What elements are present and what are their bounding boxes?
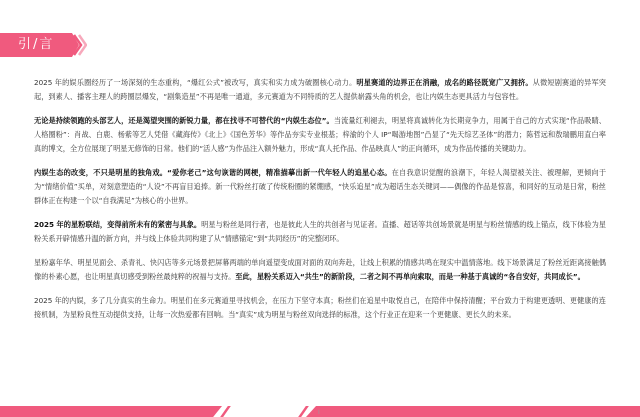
double-chevron-right-icon [73,33,87,57]
bold-text: 内娱生态的改变，不只是明星的独角戏。“爱你老己”这句诙谐的网梗，精准描摹出新一代… [34,168,392,177]
paragraph: 无论是持续领跑的头部艺人，还是渴望突围的新锐力量，都在找寻不可替代的“内娱生态位… [34,114,606,156]
bold-text: 无论是持续领跑的头部艺人，还是渴望突围的新锐力量，都在找寻不可替代的“内娱生态位… [34,116,334,125]
footer-bar-right [306,406,640,417]
footer-bar: I [0,406,640,417]
footer-bar-left [0,406,222,417]
paragraph: 2025 年的内娱，多了几分真实的生命力。明星们在多元赛道里寻找机会，在压力下坚… [34,294,606,322]
page-number: I [318,409,320,416]
footer-slash-right [298,406,309,417]
section-tag-label: 引/言 [18,37,54,52]
footer-slash-left [220,406,231,417]
document-body: 2025 年的娱乐圈经历了一场深刻的生态重构，“爆红公式”被改写，真实和实力成为… [34,76,606,332]
body-text: 2025 年的内娱，多了几分真实的生命力。明星们在多元赛道里寻找机会，在压力下坚… [34,296,606,319]
bold-text: 明星赛道的边界正在消融，成名的路径既宽广又拥挤。 [356,78,532,87]
section-tag: 引/言 [0,33,72,57]
paragraph: 星粉嘉年华、明星见面会、杀青礼、快闪店等多元场景把屏幕两端的单向遥望变成面对面的… [34,256,606,284]
paragraph: 2025 年的星粉联结，变得前所未有的紧密与具象。明星与粉丝是同行者，也是彼此人… [34,218,606,246]
bold-text: 2025 年的星粉联结，变得前所未有的紧密与具象。 [34,220,201,229]
bold-text: 至此，星粉关系迈入“共生”的新阶段，二者之间不再单向索取，而是一种基于真诚的“各… [235,272,585,281]
paragraph: 内娱生态的改变，不只是明星的独角戏。“爱你老己”这句诙谐的网梗，精准描摹出新一代… [34,166,606,208]
body-text: 2025 年的娱乐圈经历了一场深刻的生态重构，“爆红公式”被改写，真实和实力成为… [34,78,356,87]
paragraph: 2025 年的娱乐圈经历了一场深刻的生态重构，“爆红公式”被改写，真实和实力成为… [34,76,606,104]
